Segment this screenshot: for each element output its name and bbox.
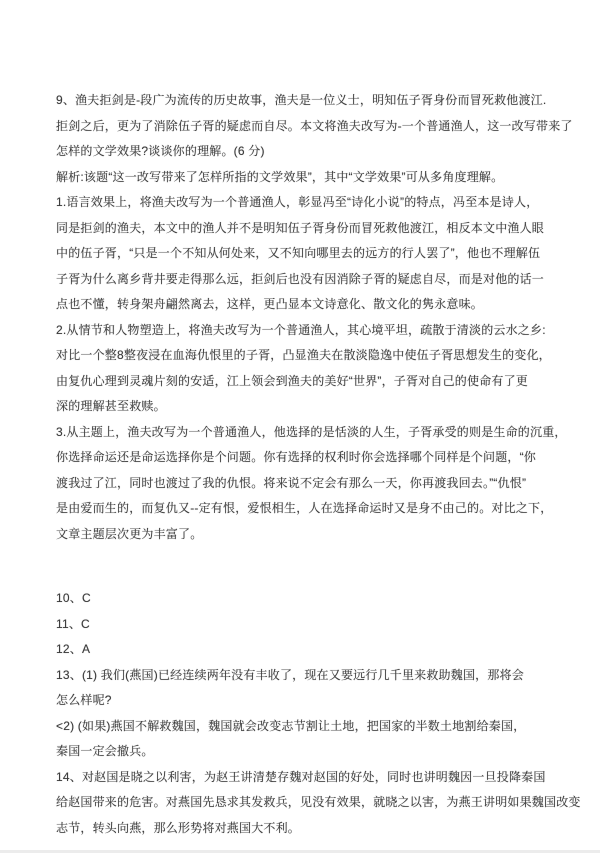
text-line: 子胥为什么离乡背井要走得那么远，拒剑后也没有因消除子胥的疑虑自尽，而是对他的话一 (56, 267, 600, 293)
text-line: 3.从主题上，渔夫改写为一个普通渔人，他选择的是恬淡的人生，子胥承受的则是生命的… (56, 420, 600, 446)
text-line: 你选择命运还是命运选择你是个问题。你有选择的权利时你会选择哪个同样是个问题，“你 (56, 445, 600, 471)
text-line: 怎样的文学效果?谈谈你的理解。(6 分) (56, 139, 600, 165)
text-line: 11、C (56, 612, 600, 638)
text-line: 拒剑之后，更为了消除伍子胥的疑虑而自尽。本文将渔夫改写为-一个普通渔人，这一改写… (56, 114, 600, 140)
text-line: 给赵国带来的危害。对燕国先恳求其发救兵，见没有效果，就晓之以害，为燕王讲明如果魏… (56, 790, 600, 816)
section-answers-10-14: 10、C11、C12、A13、(1) 我们(燕国)已经连续两年没有丰收了，现在又… (56, 586, 600, 841)
text-line: 深的理解甚至救赎。 (56, 394, 600, 420)
text-line: 中的伍子胥，“只是一个不知从何处来，又不知向哪里去的远方的行人罢了”，他也不理解… (56, 241, 600, 267)
text-line: 14、对赵国是晓之以利害，为赵王讲清楚存魏对赵国的好处，同时也讲明魏因一旦投降秦… (56, 765, 600, 791)
text-line: 2.从情节和人物塑造上，将渔夫改写为一个普通渔人，其心境平坦，疏散于清淡的云水之… (56, 318, 600, 344)
text-column: 9、渔夫拒剑是-段广为流传的历史故事，渔夫是一位义士，明知伍子胥身份而冒死救他渡… (56, 88, 600, 841)
text-line: 怎么样呢? (56, 688, 600, 714)
text-line: 12、A (56, 637, 600, 663)
text-line: 点也不懂，转身架舟翩然离去，这样，更凸显本文诗意化、散文化的隽永意味。 (56, 292, 600, 318)
text-line: 9、渔夫拒剑是-段广为流传的历史故事，渔夫是一位义士，明知伍子胥身份而冒死救他渡… (56, 88, 600, 114)
section-gap (56, 547, 600, 586)
text-line: 13、(1) 我们(燕国)已经连续两年没有丰收了，现在又要远行几千里来救助魏国，… (56, 663, 600, 689)
text-line: 对比一个整8整夜浸在血海仇恨里的子胥，凸显渔夫在散淡隐逸中使伍子胥思想发生的变化… (56, 343, 600, 369)
section-question-9-answer: 9、渔夫拒剑是-段广为流传的历史故事，渔夫是一位义士，明知伍子胥身份而冒死救他渡… (56, 88, 600, 547)
text-line: 1.语言效果上，将渔夫改写为一个普通渔人，彰显冯至“诗化小说”的特点，冯至本是诗… (56, 190, 600, 216)
text-line: 由复仇心理到灵魂片刻的安适，江上领会到渔夫的美好“世界”，子胥对自己的使命有了更 (56, 369, 600, 395)
text-line: 志节，转头向燕，那么形势将对燕国大不利。 (56, 816, 600, 842)
text-line: 同是拒剑的渔夫，本文中的渔人并不是明知伍子胥身份而冒死救他渡江，相反本文中渔人眼 (56, 216, 600, 242)
text-line: 是由爱而生的，而复仇又--定有恨，爱恨相生，人在选择命运时又是身不由己的。对比之… (56, 496, 600, 522)
scanned-answer-document-page: 9、渔夫拒剑是-段广为流传的历史故事，渔夫是一位义士，明知伍子胥身份而冒死救他渡… (0, 0, 600, 853)
text-line: 10、C (56, 586, 600, 612)
text-line: 秦国一定会撤兵。 (56, 739, 600, 765)
text-line: 渡我过了江，同时也渡过了我的仇恨。将来说不定会有那么一天，你再渡我回去。”“仇恨… (56, 471, 600, 497)
text-line: <2) (如果)燕国不解救魏国，魏国就会改变志节割让土地，把国家的半数土地割给秦… (56, 714, 600, 740)
text-line: 解析:该题“这一改写带来了怎样所指的文学效果”，其中“文学效果”可从多角度理解。 (56, 165, 600, 191)
text-line: 文章主题层次更为丰富了。 (56, 522, 600, 548)
